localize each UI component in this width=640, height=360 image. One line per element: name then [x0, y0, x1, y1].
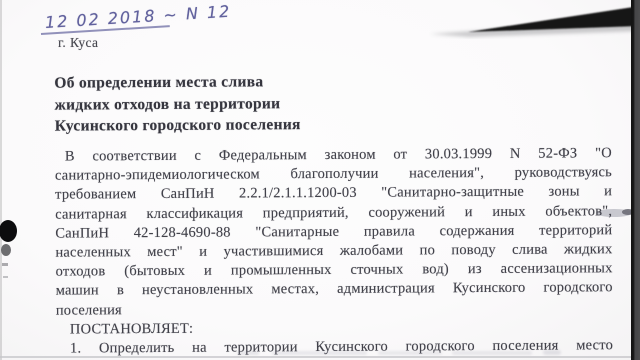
scanned-document-frame: 12 02 2018 ~ N 12 г. Куса Об определении… — [0, 0, 640, 360]
document-text-block: Об определении места слива жидких отходо… — [0, 0, 640, 360]
faint-cutoff-text — [452, 351, 532, 355]
faint-cutoff-text — [543, 350, 561, 355]
document-body: В соответствии с Федеральным законом от … — [55, 144, 613, 358]
scan-bottom-rule — [0, 356, 640, 358]
dark-scan-edge — [631, 0, 640, 360]
faint-cutoff-text — [272, 351, 367, 355]
title-line: жидких отходов на территории — [54, 92, 374, 115]
faint-cutoff-text — [237, 351, 259, 355]
title-line: Об определении места слива — [54, 71, 374, 94]
document-title: Об определении места слива жидких отходо… — [54, 71, 374, 137]
body-line: машин в неустановленных местах, админист… — [56, 279, 613, 302]
title-line: Кусинского городского поселения — [55, 114, 375, 137]
faint-cutoff-text — [378, 351, 442, 355]
